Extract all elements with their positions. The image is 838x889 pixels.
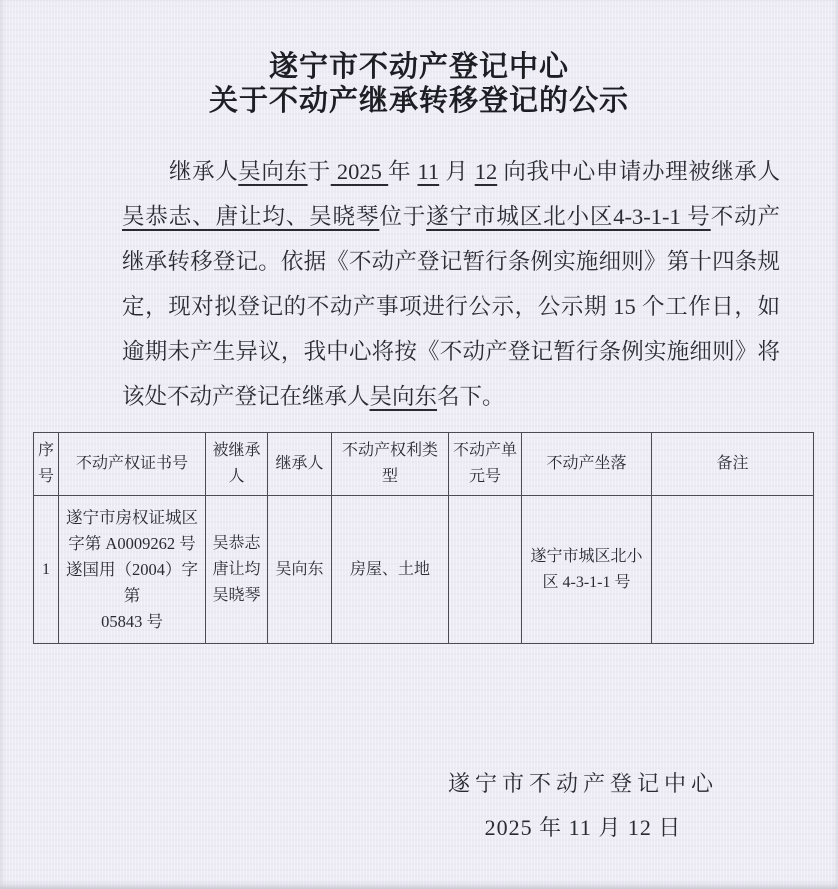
cell-location: 遂宁市城区北小 区 4-3-1-1 号 — [522, 496, 652, 644]
table-header-row: 序号 不动产权证书号 被继承人 继承人 不动产权利类型 不动产单元号 不动产坐落… — [34, 433, 814, 496]
cell-seq: 1 — [34, 496, 59, 644]
signature-org: 遂宁市不动产登记中心 — [318, 762, 838, 806]
table-row: 1 遂宁市房权证城区 字第 A0009262 号 遂国用（2004）字第 058… — [34, 496, 814, 644]
header-cell-cert-no: 不动产权证书号 — [59, 433, 206, 496]
text-segment: 位于 — [379, 204, 426, 229]
document-page: 遂宁市不动产登记中心 关于不动产继承转移登记的公示 继承人吴向东于 2025 年… — [0, 0, 838, 889]
cell-remark — [652, 496, 814, 644]
signature-date: 2025 年 11 月 12 日 — [318, 806, 838, 850]
cell-right-type: 房屋、土地 — [332, 496, 449, 644]
header-cell-right-type: 不动产权利类型 — [332, 433, 449, 496]
month-underlined: 11 — [417, 159, 439, 184]
signature-block: 遂宁市不动产登记中心 2025 年 11 月 12 日 — [318, 762, 838, 850]
text-segment: 月 — [439, 159, 475, 184]
year-underlined: 2025 — [331, 159, 388, 184]
text-segment: 不动产继承转移登记。依据《不动产登记暂行条例实施细则》第十四条规定，现对拟登记的… — [122, 204, 780, 409]
cell-unit-no — [449, 496, 522, 644]
title-line-1: 遂宁市不动产登记中心 — [0, 50, 838, 84]
header-cell-location: 不动产坐落 — [522, 433, 652, 496]
header-cell-heir: 继承人 — [268, 433, 332, 496]
notice-paragraph: 继承人吴向东于 2025 年 11 月 12 向我中心申请办理被继承人吴恭志、唐… — [122, 149, 780, 419]
text-segment: 继承人 — [169, 159, 238, 184]
text-segment: 名下。 — [437, 384, 505, 409]
text-segment: 于 — [308, 159, 331, 184]
address-underlined: 遂宁市城区北小区4-3-1-1 号 — [426, 204, 711, 229]
title-line-2: 关于不动产继承转移登记的公示 — [0, 84, 838, 118]
header-cell-remark: 备注 — [652, 433, 814, 496]
heir-name-underlined: 吴向东 — [370, 384, 438, 409]
heir-name-underlined: 吴向东 — [238, 159, 307, 184]
text-segment: 向我中心申请办理被继承人 — [497, 159, 780, 184]
decedents-underlined: 吴恭志、唐让均、吴晓琴 — [122, 204, 379, 229]
cell-cert-no: 遂宁市房权证城区 字第 A0009262 号 遂国用（2004）字第 05843… — [59, 496, 206, 644]
day-underlined: 12 — [475, 159, 498, 184]
header-cell-unit-no: 不动产单元号 — [449, 433, 522, 496]
header-cell-seq: 序号 — [34, 433, 59, 496]
cell-decedents: 吴恭志 唐让均 吴晓琴 — [206, 496, 268, 644]
text-segment: 年 — [388, 159, 417, 184]
registration-table: 序号 不动产权证书号 被继承人 继承人 不动产权利类型 不动产单元号 不动产坐落… — [33, 432, 814, 644]
document-title: 遂宁市不动产登记中心 关于不动产继承转移登记的公示 — [0, 0, 838, 118]
cell-heir: 吴向东 — [268, 496, 332, 644]
header-cell-decedents: 被继承人 — [206, 433, 268, 496]
